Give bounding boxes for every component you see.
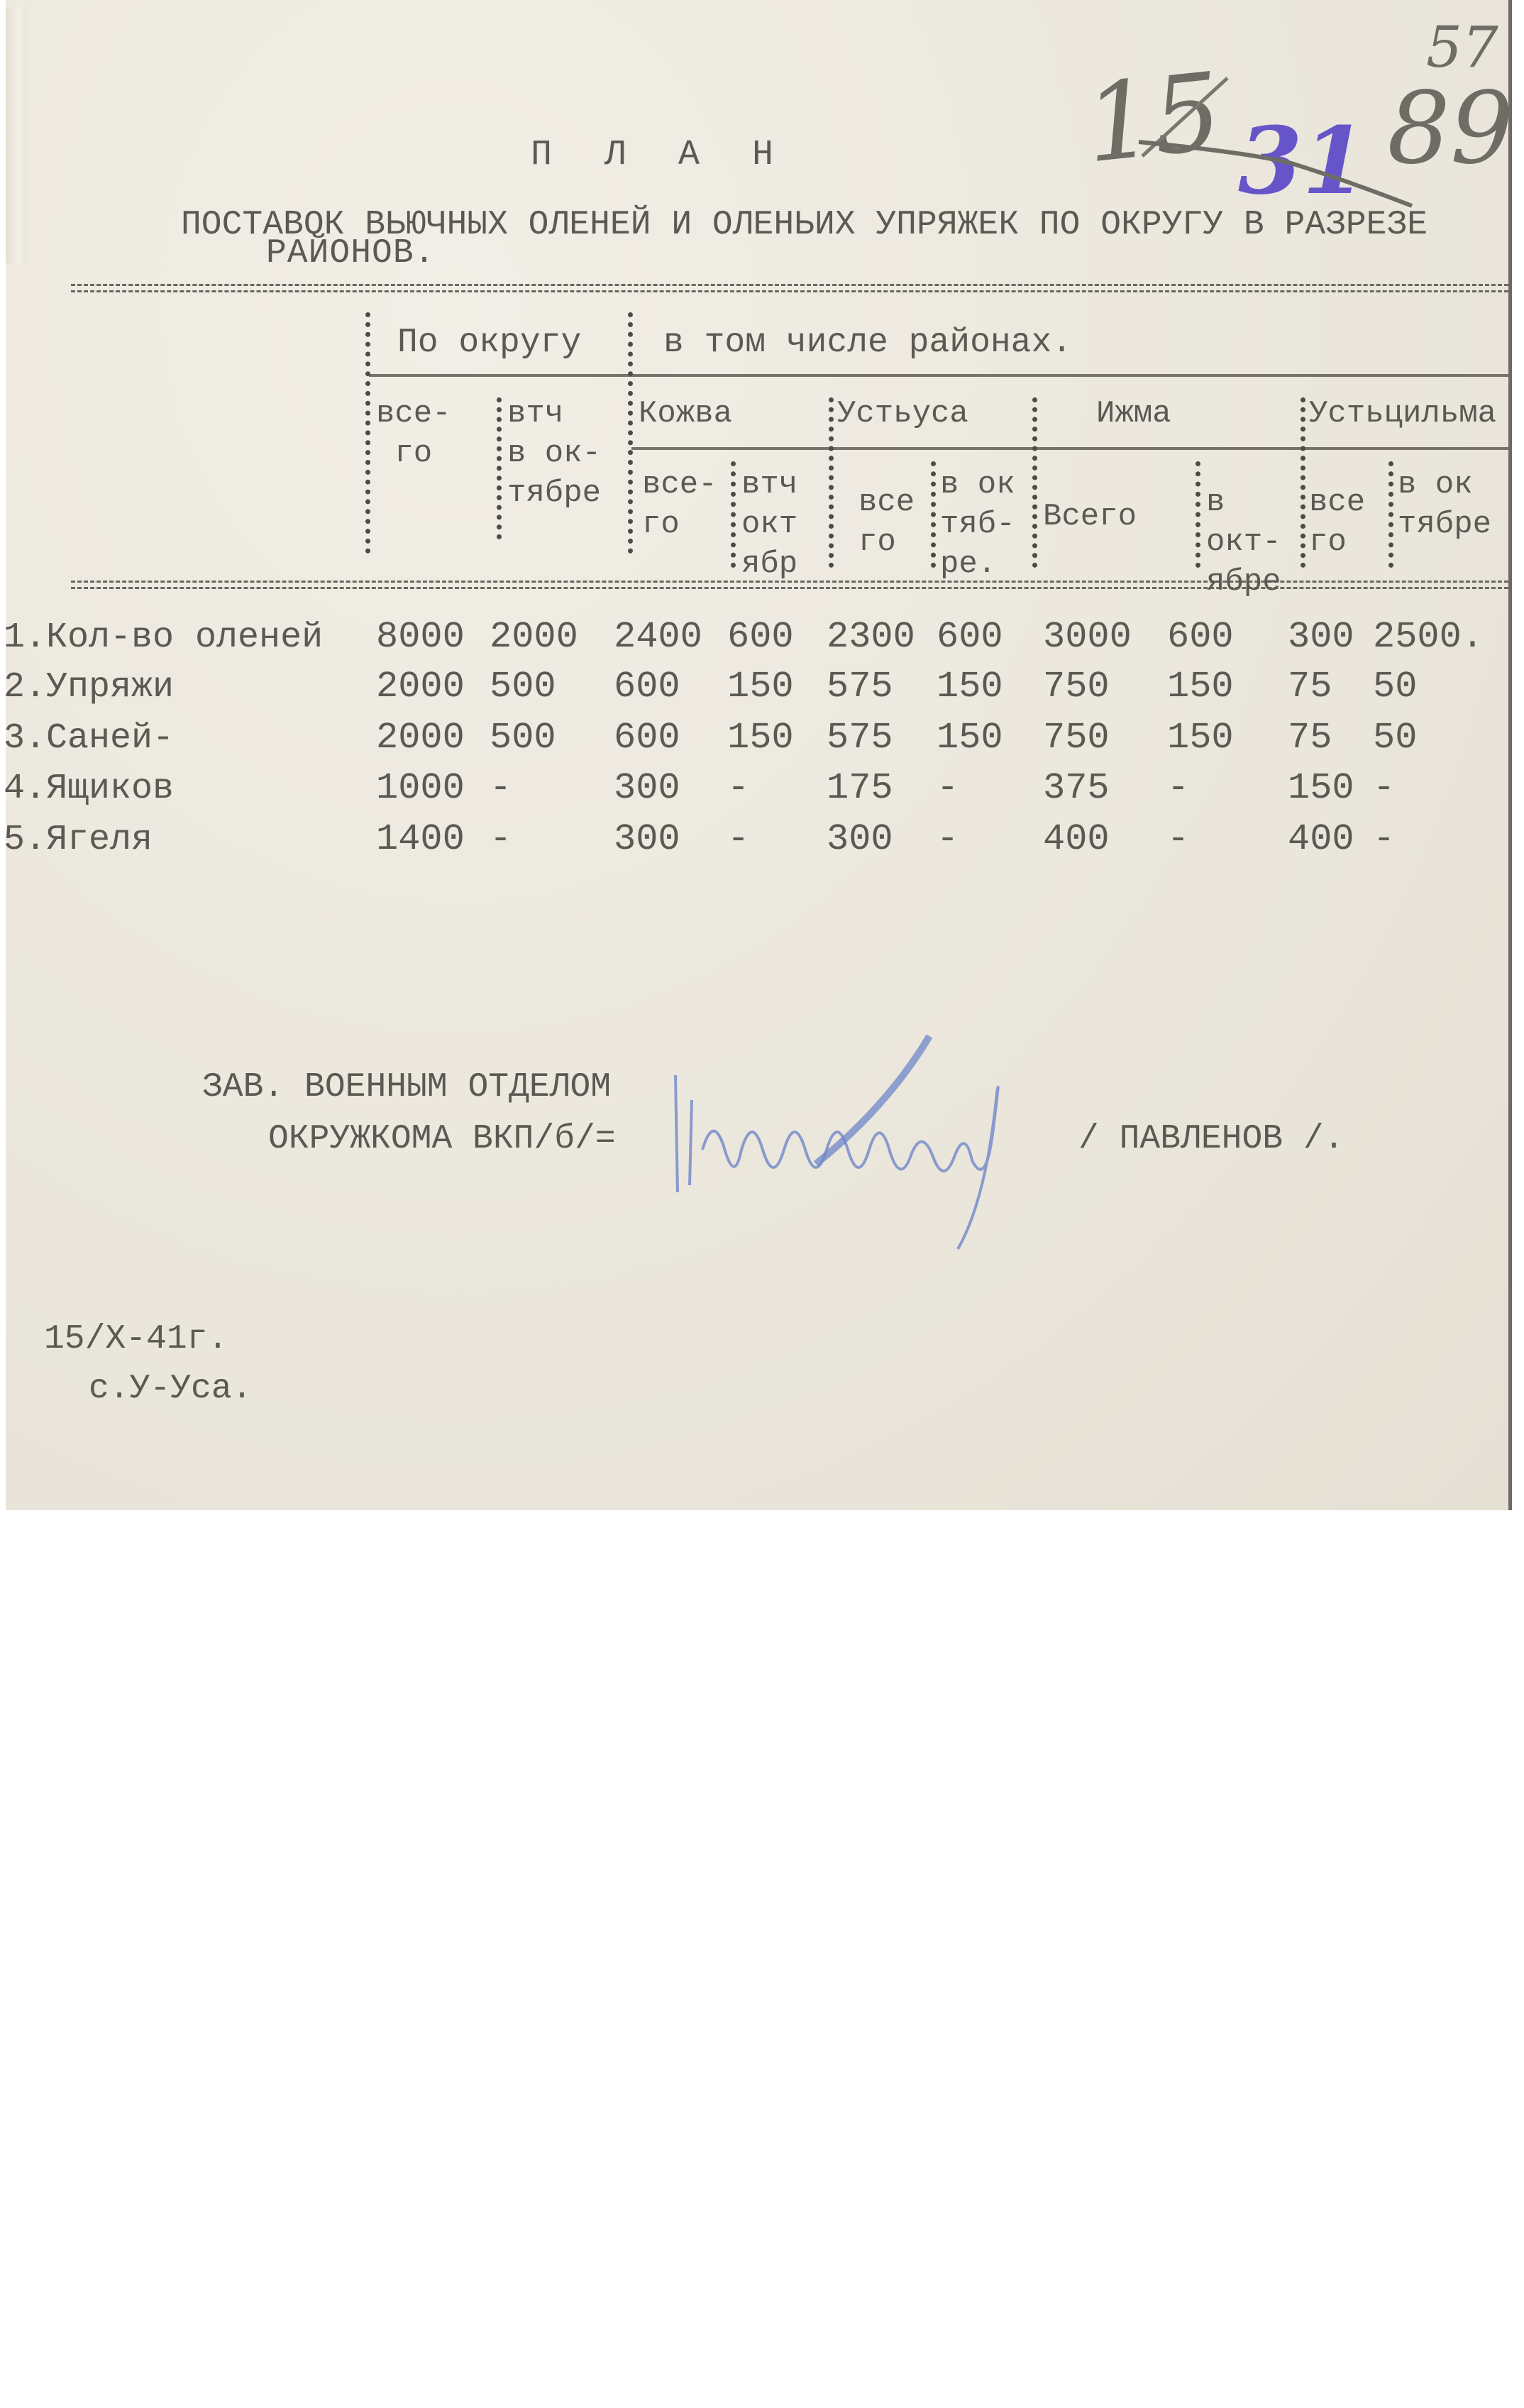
header-ustusa-october: в ок тяб- ре. bbox=[940, 465, 1015, 584]
document-date: 15/Х-41г. bbox=[44, 1320, 228, 1358]
cell: 500 bbox=[490, 666, 556, 708]
cell: 150 bbox=[1167, 666, 1234, 708]
cell: 2000 bbox=[376, 666, 465, 708]
row-label: 1.Кол-во оленей bbox=[4, 617, 323, 658]
header-district-kozhva: Кожва bbox=[639, 394, 732, 434]
cell: 3000 bbox=[1043, 616, 1132, 658]
col-separator bbox=[1388, 461, 1393, 568]
cell: - bbox=[937, 767, 959, 809]
cell: 50 bbox=[1373, 717, 1417, 759]
cell: 600 bbox=[727, 616, 794, 658]
cell: 575 bbox=[827, 666, 893, 708]
cell: - bbox=[490, 818, 512, 860]
document-place: с.У-Уса. bbox=[89, 1370, 252, 1408]
header-district-ustcilma: Устьцильма bbox=[1309, 394, 1496, 434]
cell: - bbox=[490, 767, 512, 809]
cell: 600 bbox=[614, 666, 680, 708]
cell: 300 bbox=[614, 767, 680, 809]
row-label: 2.Упряжи bbox=[4, 667, 174, 708]
cell: 400 bbox=[1043, 818, 1110, 860]
cell: 750 bbox=[1043, 666, 1110, 708]
col-separator bbox=[628, 312, 633, 554]
row-label: 5.Ягеля bbox=[4, 820, 153, 860]
cell: - bbox=[1373, 767, 1395, 809]
cell: 8000 bbox=[376, 616, 465, 658]
cell: 2400 bbox=[614, 616, 702, 658]
cell: 500 bbox=[490, 717, 556, 759]
header-izhma-october: в окт- ябре bbox=[1206, 483, 1281, 602]
signature-title-line2: ОКРУЖКОМА ВКП/б/= bbox=[268, 1120, 616, 1158]
archive-mark-89: 89 bbox=[1387, 71, 1513, 187]
subheader-divider bbox=[631, 447, 1508, 450]
cell: 150 bbox=[1167, 717, 1234, 759]
header-district-ustusa: Устьуса bbox=[837, 394, 968, 434]
cell: 600 bbox=[1167, 616, 1234, 658]
col-separator bbox=[829, 397, 834, 568]
cell: 375 bbox=[1043, 767, 1110, 809]
document-subtitle-cont: РАЙОНОВ. bbox=[266, 234, 435, 273]
row-label: 3.Саней- bbox=[4, 718, 174, 759]
handwritten-signature-icon bbox=[674, 1022, 1071, 1256]
cell: 75 bbox=[1288, 717, 1332, 759]
cell: 150 bbox=[937, 666, 1003, 708]
cell: 150 bbox=[727, 717, 794, 759]
header-kozhva-total: все- го bbox=[642, 465, 717, 544]
header-izhma-total: Всего bbox=[1043, 497, 1137, 537]
cell: 575 bbox=[827, 717, 893, 759]
header-okrug-total: все- го bbox=[376, 394, 451, 473]
cell: 300 bbox=[827, 818, 893, 860]
cell: 50 bbox=[1373, 666, 1417, 708]
signature-name: / ПАВЛЕНОВ /. bbox=[1078, 1120, 1344, 1158]
cell: 1000 bbox=[376, 767, 465, 809]
header-districts: в том числе районах. bbox=[663, 323, 1072, 363]
col-separator bbox=[1301, 397, 1305, 568]
cell: 300 bbox=[614, 818, 680, 860]
cell: 750 bbox=[1043, 717, 1110, 759]
header-divider bbox=[369, 374, 1508, 377]
header-kozhva-october: втч окт ябр bbox=[741, 465, 797, 584]
header-ustcilma-total: все го bbox=[1309, 483, 1365, 562]
table-top-rule bbox=[71, 284, 1508, 292]
paper-fold bbox=[6, 7, 27, 263]
col-separator bbox=[1196, 461, 1200, 568]
cell: - bbox=[1373, 818, 1395, 860]
cell: - bbox=[1167, 818, 1189, 860]
cell: - bbox=[727, 767, 749, 809]
header-district-izhma: Ижма bbox=[1096, 394, 1171, 434]
col-separator bbox=[931, 461, 936, 568]
cell: 150 bbox=[727, 666, 794, 708]
cell: 600 bbox=[937, 616, 1003, 658]
header-ustusa-total: все го bbox=[858, 483, 915, 562]
cell: 300 bbox=[1288, 616, 1354, 658]
cell: 600 bbox=[614, 717, 680, 759]
col-separator bbox=[1032, 397, 1037, 568]
cell: 75 bbox=[1288, 666, 1332, 708]
col-separator bbox=[731, 461, 736, 568]
header-okrug-october: втч в ок- тябре bbox=[507, 394, 601, 513]
header-okrug: По округу bbox=[397, 323, 581, 363]
cell: 175 bbox=[827, 767, 893, 809]
signature-title-line1: ЗАВ. ВОЕННЫМ ОТДЕЛОМ bbox=[202, 1068, 611, 1106]
cell: - bbox=[1167, 767, 1189, 809]
cell: 2000 bbox=[490, 616, 578, 658]
document-title: П Л А Н bbox=[531, 135, 789, 175]
col-separator bbox=[497, 397, 502, 539]
cell: 1400 bbox=[376, 818, 465, 860]
cell: 2000 bbox=[376, 717, 465, 759]
cell: 2500. bbox=[1373, 616, 1484, 658]
row-label: 4.Ящиков bbox=[4, 769, 174, 809]
cell: 150 bbox=[1288, 767, 1354, 809]
header-ustcilma-october: в ок тябре bbox=[1398, 465, 1491, 544]
cell: - bbox=[937, 818, 959, 860]
cell: 400 bbox=[1288, 818, 1354, 860]
cell: 150 bbox=[937, 717, 1003, 759]
cell: - bbox=[727, 818, 749, 860]
cell: 2300 bbox=[827, 616, 915, 658]
col-separator bbox=[365, 312, 370, 554]
